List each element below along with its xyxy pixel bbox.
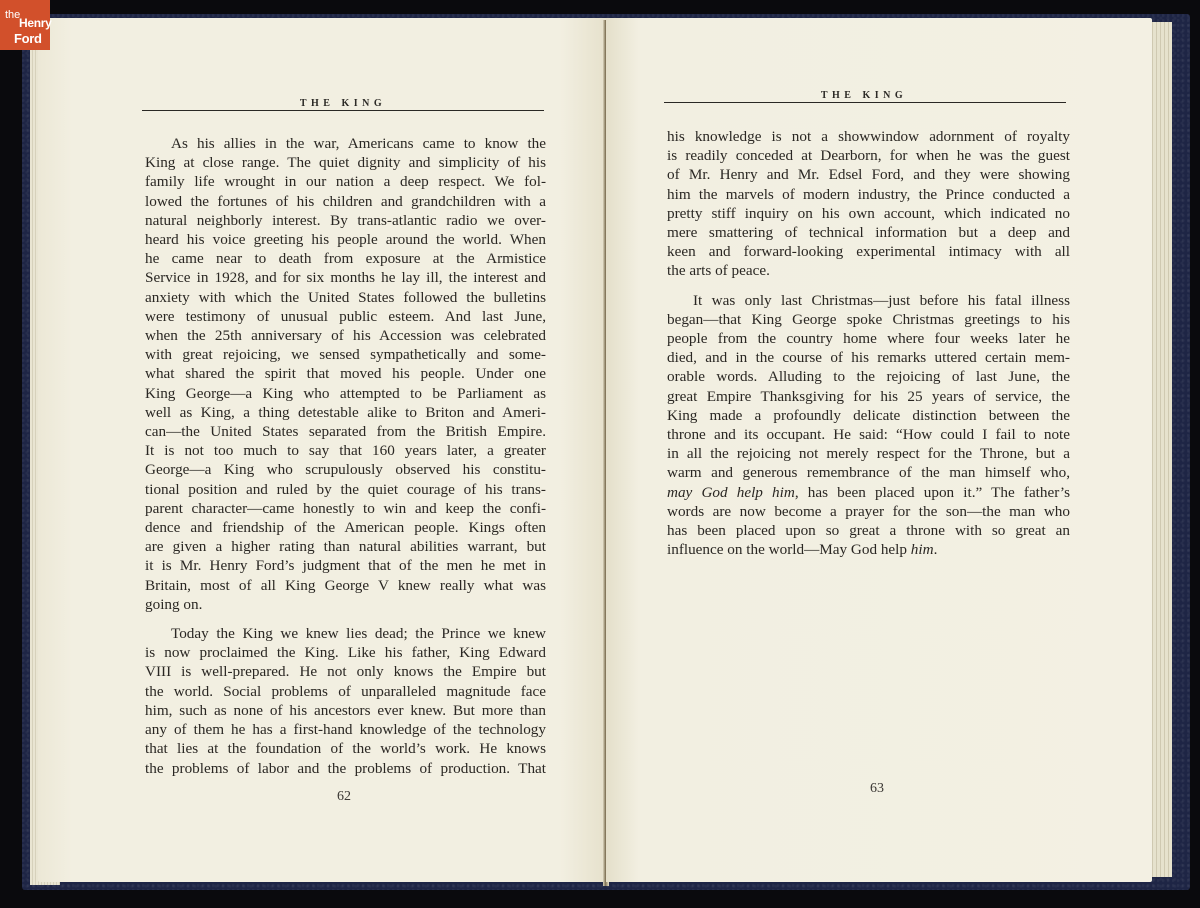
text-line: tional position and ruled by the quiet c… [145, 480, 546, 499]
text-line: are given a higher rating than natural a… [145, 537, 546, 556]
text-line: people from the country home where four … [667, 329, 1070, 348]
text-line: well as King, a thing detestable alike t… [145, 403, 546, 422]
logo-henry: Henry [19, 17, 52, 29]
right-running-head: THE KING [664, 90, 1064, 101]
text-line: any of them he has a first-hand knowledg… [145, 720, 546, 739]
page-number-left: 62 [337, 789, 351, 805]
text-line: pretty stiff inquiry on his own account,… [667, 204, 1070, 223]
text-fragment: . [934, 541, 938, 558]
text-line: began—that King George spoke Christmas g… [667, 310, 1070, 329]
text-line: Britain, most of all King George V knew … [145, 576, 546, 595]
henry-ford-logo: the Henry Ford [0, 0, 50, 50]
text-line: words are now become a prayer for the so… [667, 502, 1070, 521]
text-line: Today the King we knew lies dead; the Pr… [145, 624, 546, 643]
right-page-text: his knowledge is not a showwindow adornm… [667, 127, 1070, 559]
text-line: when the 25th anniversary of his Accessi… [145, 326, 546, 345]
text-line: anxiety with which the United States fol… [145, 288, 546, 307]
text-line: it is Mr. Henry Ford’s judgment that of … [145, 556, 546, 575]
paragraph: As his allies in the war, Americans came… [145, 134, 546, 614]
text-fragment: , has been placed upon it.” The father’s [795, 484, 1070, 501]
text-line: of Mr. Henry and Mr. Edsel Ford, and the… [667, 165, 1070, 184]
text-line: what shared the spirit that moved his pe… [145, 364, 546, 383]
text-line: him, such as none of his ancestors ever … [145, 701, 546, 720]
text-line: keen and forward-looking experimental in… [667, 242, 1070, 261]
text-line: throne and its occupant. He said: “How c… [667, 425, 1070, 444]
text-line: dence and friendship of the American peo… [145, 518, 546, 537]
text-line: George—a King who scrupulously observed … [145, 460, 546, 479]
paragraph: his knowledge is not a showwindow adornm… [667, 127, 1070, 281]
text-line: parent character—came honestly to win an… [145, 499, 546, 518]
text-line: is readily conceded at Dearborn, for whe… [667, 146, 1070, 165]
text-line: the world. Social problems of unparallel… [145, 682, 546, 701]
text-line: were testimony of unusual public esteem.… [145, 307, 546, 326]
text-line: his knowledge is not a showwindow adornm… [667, 127, 1070, 146]
text-line: the arts of peace. [667, 261, 1070, 280]
text-line: may God help him, has been placed upon i… [667, 483, 1070, 502]
text-line: with great rejoicing, we sensed sympathe… [145, 345, 546, 364]
text-line: that lies at the foundation of the world… [145, 739, 546, 758]
text-line: King George—a King who attempted to be P… [145, 384, 546, 403]
text-line: lowed the fortunes of his children and g… [145, 192, 546, 211]
text-line: family life wrought in our nation a deep… [145, 172, 546, 191]
text-line: orable words. Alluding to the rejoicing … [667, 367, 1070, 386]
text-line: the problems of labor and the problems o… [145, 759, 546, 778]
paragraph: It was only last Christmas—just before h… [667, 291, 1070, 560]
text-line: is now proclaimed the King. Like his fat… [145, 643, 546, 662]
text-line: heard his voice greeting his people arou… [145, 230, 546, 249]
text-line: VIII is well-prepared. He not only knows… [145, 662, 546, 681]
right-header-rule [664, 102, 1066, 103]
text-line: died, and in the course of his remarks u… [667, 348, 1070, 367]
text-line: King at close range. The quiet dignity a… [145, 153, 546, 172]
text-line: going on. [145, 595, 546, 614]
text-line: influence on the world—May God help him. [667, 540, 1070, 559]
text-line: in all the rejoicing not merely respect … [667, 444, 1070, 463]
text-line: Service in 1928, and for six months he l… [145, 268, 546, 287]
text-line: It is not too much to say that 160 years… [145, 441, 546, 460]
text-line: It was only last Christmas—just before h… [667, 291, 1070, 310]
text-line: he came near to death from exposure at t… [145, 249, 546, 268]
left-page-text: As his allies in the war, Americans came… [145, 134, 546, 778]
text-line: mere smattering of technical information… [667, 223, 1070, 242]
text-line: great Empire Thanksgiving for his 25 yea… [667, 387, 1070, 406]
text-line: natural neighborly interest. By trans-at… [145, 211, 546, 230]
text-line: him the marvels of modern industry, the … [667, 185, 1070, 204]
italic-word: him [911, 541, 934, 558]
text-line: King made a profoundly delicate distinct… [667, 406, 1070, 425]
page-number-right: 63 [870, 781, 884, 797]
italic-phrase: may God help him [667, 484, 795, 501]
text-line: warm and generous remembrance of the man… [667, 463, 1070, 482]
text-line: As his allies in the war, Americans came… [145, 134, 546, 153]
logo-ford: Ford [14, 32, 42, 45]
paragraph: Today the King we knew lies dead; the Pr… [145, 624, 546, 778]
text-line: has been placed upon so great a throne w… [667, 521, 1070, 540]
left-running-head: THE KING [142, 98, 544, 109]
logo-the: the [5, 10, 20, 21]
text-line: can—the United States separated from the… [145, 422, 546, 441]
text-fragment: influence on the world—May God help [667, 541, 911, 558]
left-header-rule [142, 110, 544, 111]
